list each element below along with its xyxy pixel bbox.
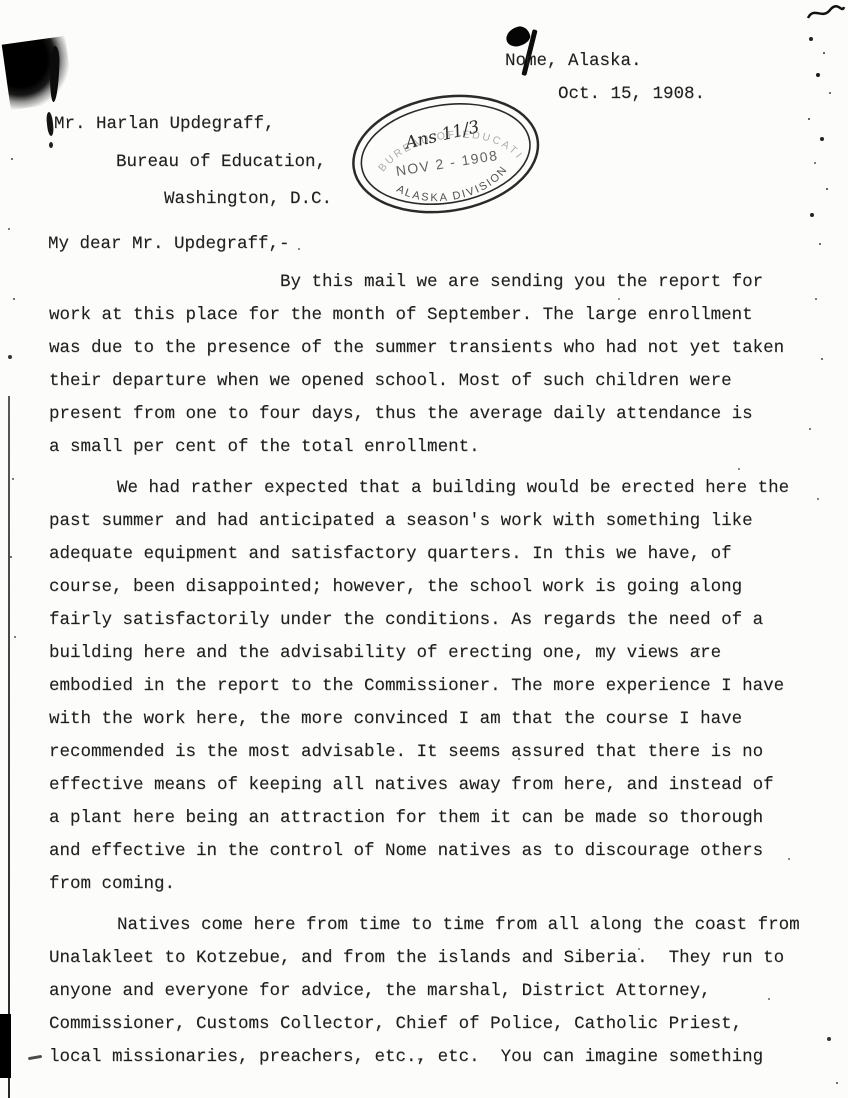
letter-line: recommended is the most advisable. It se… (49, 736, 821, 769)
letter-line: their departure when we opened school. M… (49, 365, 821, 398)
letter-line: building here and the advisability of er… (49, 637, 821, 670)
recipient-city: Washington, D.C. (164, 183, 332, 216)
ink-mark-left (46, 112, 54, 136)
letter-line: from coming. (49, 868, 821, 901)
bottom-left-ink-bar (0, 1014, 11, 1078)
letter-line: By this mail we are sending you the repo… (49, 266, 821, 299)
received-stamp: BUREAU OF EDUCATION Ans 11/3 NOV 2 - 190… (337, 73, 556, 239)
letter-line: Natives come here from time to time from… (49, 909, 821, 942)
date-line: Oct. 15, 1908. (558, 78, 705, 111)
letter-line: embodied in the report to the Commission… (49, 670, 821, 703)
ink-streak-top-left (49, 46, 60, 102)
pen-squiggle-top-right (806, 2, 846, 24)
letter-line: adequate equipment and satisfactory quar… (49, 538, 821, 571)
paragraph-1: By this mail we are sending you the repo… (49, 266, 821, 464)
letter-line: with the work here, the more convinced I… (49, 703, 821, 736)
recipient-org: Bureau of Education, (116, 146, 326, 179)
letter-line: and effective in the control of Nome nat… (49, 835, 821, 868)
letter-line: work at this place for the month of Sept… (49, 299, 821, 332)
letter-line: anyone and everyone for advice, the mars… (49, 975, 821, 1008)
letter-line: effective means of keeping all natives a… (49, 769, 821, 802)
letter-line: present from one to four days, thus the … (49, 398, 821, 431)
letter-line: a plant here being an attraction for the… (49, 802, 821, 835)
left-edge-scan-line (8, 396, 10, 1098)
ink-dot-left (49, 142, 53, 148)
stamp-handwritten-note: Ans 11/3 (401, 117, 481, 154)
letter-line: Commissioner, Customs Collector, Chief o… (49, 1008, 821, 1041)
paragraph-2: We had rather expected that a building w… (49, 472, 821, 901)
letter-line: local missionaries, preachers, etc., etc… (49, 1041, 821, 1074)
letter-line: fairly satisfactorily under the conditio… (49, 604, 821, 637)
letter-line: was due to the presence of the summer tr… (49, 332, 821, 365)
bottom-left-pen-tick (28, 1055, 42, 1060)
scan-noise-speckles (0, 0, 2, 2)
letter-line: Unalakleet to Kotzebue, and from the isl… (49, 942, 821, 975)
letter-line: We had rather expected that a building w… (49, 472, 821, 505)
scanned-letter-page: Nome, Alaska. Oct. 15, 1908. Mr. Harlan … (0, 0, 848, 1098)
letter-line: past summer and had anticipated a season… (49, 505, 821, 538)
ink-blob-top-left (2, 36, 75, 110)
letter-line: course, been disappointed; however, the … (49, 571, 821, 604)
salutation: My dear Mr. Updegraff,- (48, 228, 290, 261)
paragraph-3: Natives come here from time to time from… (49, 909, 821, 1074)
place-line: Nome, Alaska. (505, 45, 642, 78)
recipient-name: Mr. Harlan Updegraff, (54, 108, 275, 141)
letter-line: a small per cent of the total enrollment… (49, 431, 821, 464)
letter-body: By this mail we are sending you the repo… (49, 266, 821, 1074)
